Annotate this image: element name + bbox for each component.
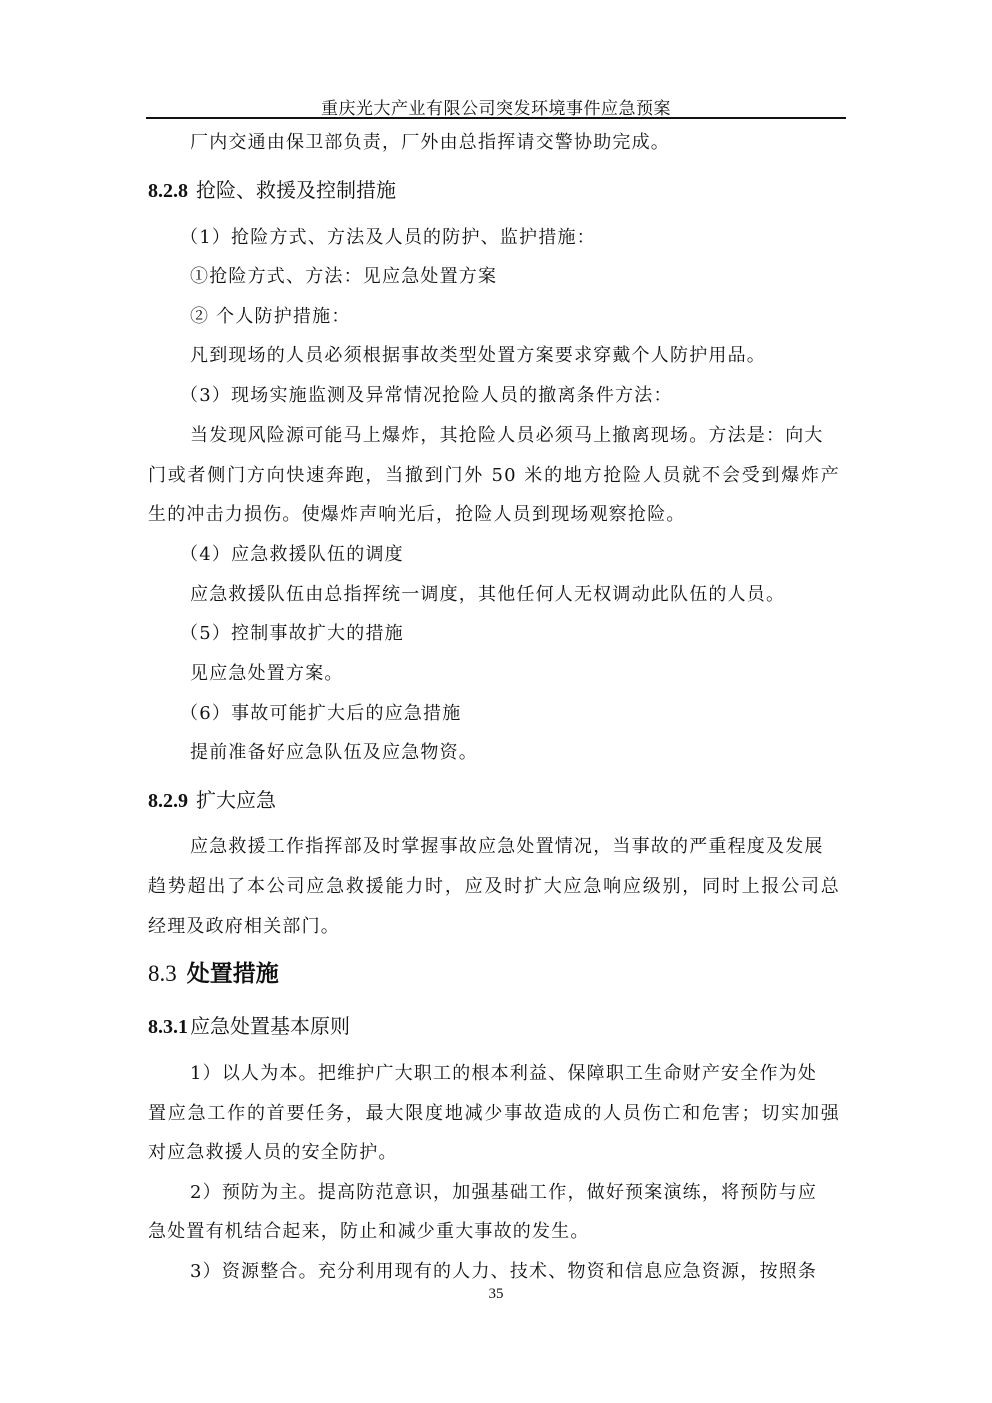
paragraph-line: 置应急工作的首要任务，最大限度地减少事故造成的人员伤亡和危害；切实加强 xyxy=(148,1099,840,1125)
heading-8-2-9: 8.2.9扩大应急 xyxy=(148,784,276,813)
list-item: （4）应急救援队伍的调度 xyxy=(180,540,404,566)
list-item: （5）控制事故扩大的措施 xyxy=(180,619,404,645)
list-item: ② 个人防护措施： xyxy=(190,302,351,328)
document-header-title: 重庆光大产业有限公司突发环境事件应急预案 xyxy=(0,94,992,119)
paragraph-line: 见应急处置方案。 xyxy=(190,659,344,685)
heading-text: 扩大应急 xyxy=(196,788,276,812)
paragraph-line: 应急救援工作指挥部及时掌握事故应急处置情况，当事故的严重程度及发展 xyxy=(190,832,840,858)
paragraph-line: 1）以人为本。把维护广大职工的根本利益、保障职工生命财产安全作为处 xyxy=(190,1059,840,1085)
paragraph-line: 急处置有机结合起来，防止和减少重大事故的发生。 xyxy=(148,1217,590,1243)
heading-text: 应急处置基本原则 xyxy=(190,1014,350,1038)
heading-number: 8.2.8 xyxy=(148,180,188,202)
paragraph-line: 2）预防为主。提高防范意识，加强基础工作，做好预案演练，将预防与应 xyxy=(190,1178,840,1204)
paragraph-line: 3）资源整合。充分利用现有的人力、技术、物资和信息应急资源，按照条 xyxy=(190,1257,840,1283)
paragraph-line: 厂内交通由保卫部负责，厂外由总指挥请交警协助完成。 xyxy=(190,128,670,154)
heading-number: 8.2.9 xyxy=(148,790,188,812)
list-item: ①抢险方式、方法：见应急处置方案 xyxy=(190,262,497,288)
heading-number: 8.3.1 xyxy=(148,1016,188,1038)
paragraph-line: 趋势超出了本公司应急救援能力时，应及时扩大应急响应级别，同时上报公司总 xyxy=(148,872,840,898)
heading-text: 抢险、救援及控制措施 xyxy=(196,178,396,202)
paragraph-line: 当发现风险源可能马上爆炸，其抢险人员必须马上撤离现场。方法是：向大 xyxy=(190,421,840,447)
heading-number: 8.3 xyxy=(148,961,177,986)
paragraph-line: 应急救援队伍由总指挥统一调度，其他任何人无权调动此队伍的人员。 xyxy=(190,580,785,606)
paragraph-line: 经理及政府相关部门。 xyxy=(148,912,340,938)
heading-8-3: 8.3处置措施 xyxy=(148,955,279,988)
heading-text: 处置措施 xyxy=(187,960,279,987)
heading-8-3-1: 8.3.1应急处置基本原则 xyxy=(148,1010,350,1039)
paragraph-line: 对应急救援人员的安全防护。 xyxy=(148,1138,398,1164)
page-number: 35 xyxy=(0,1286,992,1303)
heading-8-2-8: 8.2.8抢险、救援及控制措施 xyxy=(148,174,396,203)
list-item: （6）事故可能扩大后的应急措施 xyxy=(180,699,461,725)
list-item: （1）抢险方式、方法及人员的防护、监护措施： xyxy=(180,223,596,249)
header-rule xyxy=(146,117,846,119)
list-item: （3）现场实施监测及异常情况抢险人员的撤离条件方法： xyxy=(180,381,673,407)
paragraph-line: 凡到现场的人员必须根据事故类型处置方案要求穿戴个人防护用品。 xyxy=(190,341,766,367)
paragraph-line: 生的冲击力损伤。使爆炸声响光后，抢险人员到现场观察抢险。 xyxy=(148,500,686,526)
paragraph-line: 提前准备好应急队伍及应急物资。 xyxy=(190,738,478,764)
paragraph-line: 门或者侧门方向快速奔跑，当撤到门外 50 米的地方抢险人员就不会受到爆炸产 xyxy=(148,461,840,487)
